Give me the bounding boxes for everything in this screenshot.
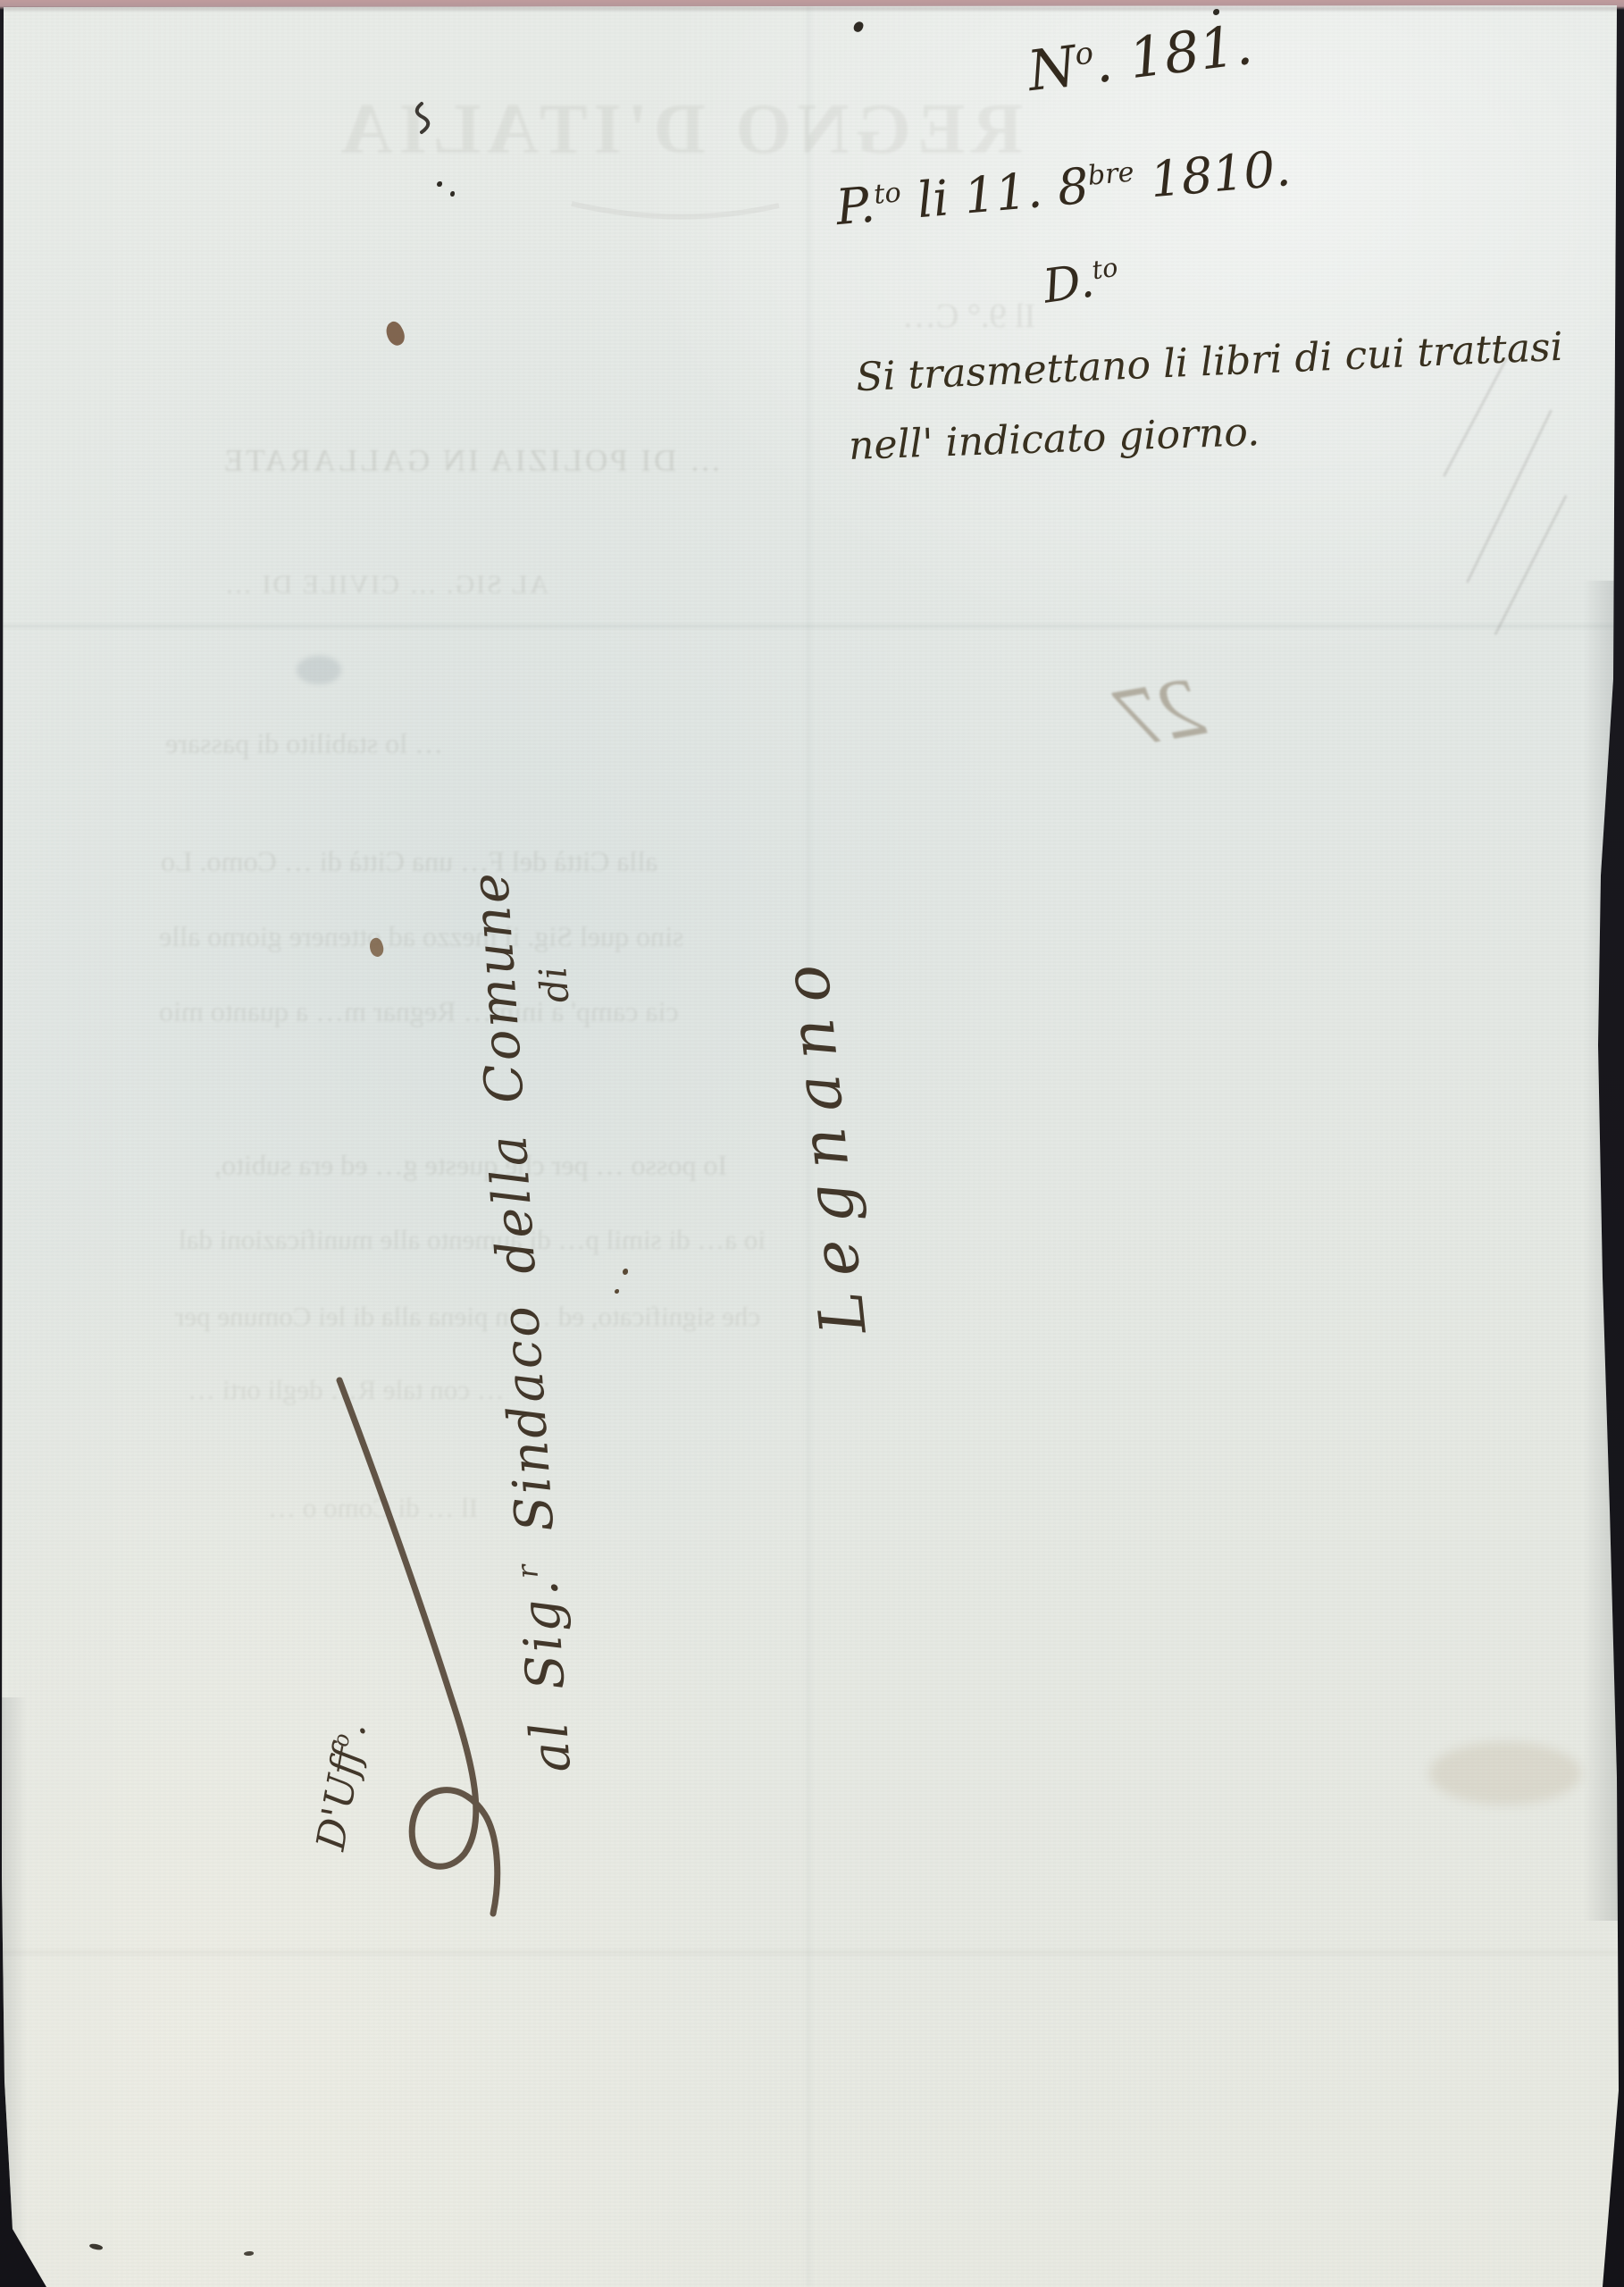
paper-stain	[1429, 1742, 1581, 1805]
ink-speck	[244, 2251, 254, 2256]
pencil-hatch	[1443, 357, 1508, 477]
bleedthrough-text-line: cia camp' a inim… Regnar m… a quanto mio	[159, 995, 679, 1028]
bleedthrough-text-line: io a… di simil p… di aumento alle munifi…	[179, 1224, 766, 1256]
right-edge-shadow	[1583, 581, 1624, 1921]
paper-stain	[297, 656, 341, 684]
ink-speck	[623, 1269, 628, 1275]
ink-speck	[615, 1289, 619, 1294]
bleedthrough-text-line: alla Città del F… una Città di … Como. L…	[161, 845, 657, 878]
document-photo: REGNO D'ITALIA Il 9.° C… … DI POLIZIA IN…	[0, 0, 1624, 2287]
bleedthrough-subheading: Il 9.° C…	[902, 297, 1035, 336]
date-sup-to: to	[873, 177, 902, 211]
ink-speck	[88, 2242, 103, 2251]
left-edge-shadow	[0, 1697, 27, 2287]
bleedthrough-text-line: sino quel Sig. il mezzo ad ottenere gior…	[159, 920, 683, 953]
ink-speck	[450, 191, 455, 197]
bleedthrough-heading-swash	[572, 204, 779, 217]
address-al-sig: al Sig.	[508, 1576, 582, 1775]
pencil-hatch	[1466, 409, 1553, 583]
address-sig-sup-r: r	[510, 1561, 545, 1579]
address-di: di	[531, 965, 577, 1004]
ink-speck	[852, 21, 865, 34]
bleedthrough-text-line: … lo stabilito di passare	[165, 727, 443, 760]
docket-duff: D'Uff	[308, 1744, 371, 1854]
folio-number-rest: . 181.	[1091, 12, 1256, 96]
horizontal-fold-crease-lower	[0, 1951, 1624, 1955]
pencil-hatch	[1494, 495, 1567, 635]
bleedthrough-text-line: Io posso … per che queste g… ed era subi…	[214, 1149, 727, 1182]
folio-number-base: N	[1024, 33, 1080, 104]
docket-abbreviation: D'Uffo.	[308, 1719, 375, 1854]
bleedthrough-office-line: … DI POLIZIA IN GALLARATE	[222, 443, 721, 479]
date-sup-bre: bre	[1086, 156, 1135, 191]
bleedthrough-text-line: che significato, ed … in piena alla di l…	[175, 1301, 760, 1333]
address-place: Legnano	[767, 945, 881, 1337]
paper-sheet: REGNO D'ITALIA Il 9.° C… … DI POLIZIA IN…	[0, 0, 1624, 2287]
bleedthrough-number-27: 27	[1110, 657, 1211, 768]
signature-paraph	[339, 1380, 498, 1914]
detto-sup: to	[1090, 252, 1119, 286]
date-year: 1810.	[1132, 139, 1293, 210]
transmittal-note-line-2: nell' indicato giorno.	[848, 409, 1260, 469]
detto-abbreviation: D.to	[1040, 250, 1123, 314]
bleedthrough-text-line: … con tale R… degli orti …	[188, 1374, 505, 1406]
bleedthrough-heading: REGNO D'ITALIA	[295, 89, 1063, 171]
top-edge-shadow	[0, 6, 1624, 11]
horizontal-fold-crease	[0, 624, 1624, 628]
date-p: P.	[833, 176, 877, 237]
bleedthrough-civile-line: AL SIG. … CIVILE DI …	[223, 570, 548, 600]
bleedthrough-text-line: Il … di Como o …	[268, 1492, 478, 1524]
ink-blot-brown	[382, 319, 408, 348]
folio-number: No. 181.	[1024, 12, 1255, 104]
detto-d: D.	[1040, 254, 1097, 314]
ink-speck	[437, 181, 442, 187]
